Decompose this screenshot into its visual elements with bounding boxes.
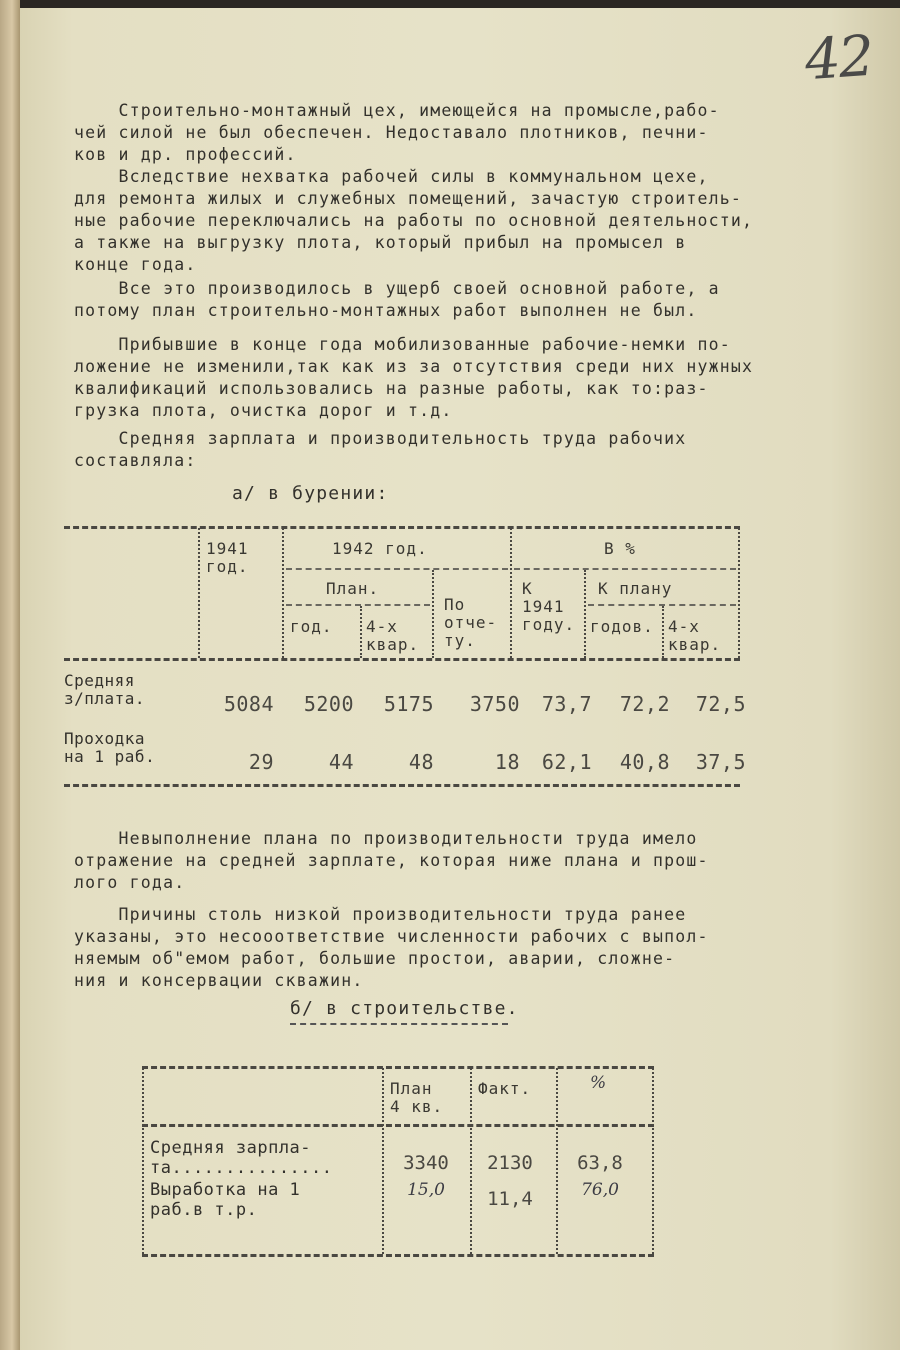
paragraph-construction-shop: Строительно-монтажный цех, имеющейся на …	[74, 100, 753, 276]
header-report: По отче- ту.	[444, 596, 497, 650]
table-cell: 29	[194, 750, 274, 774]
paragraph-mobilized-workers: Прибывшие в конце года мобилизованные ра…	[74, 334, 753, 422]
row-label-output-per-worker: Выработка на 1 раб.в т.р.	[150, 1180, 300, 1220]
document-page: 42 Строительно-монтажный цех, имеющейся …	[20, 8, 900, 1350]
header-plan-year: год.	[290, 618, 333, 636]
header-plan-q4: План 4 кв.	[390, 1080, 443, 1116]
table-cell: 48	[354, 750, 434, 774]
header-to-1941: К 1941 году.	[522, 580, 575, 634]
table-cell: 3340	[386, 1152, 466, 1174]
table-cell: 72,5	[666, 692, 746, 716]
row-label-avg-wage: Средняя з/плата.	[64, 672, 145, 708]
row-label-drilling-per-worker: Проходка на 1 раб.	[64, 730, 155, 766]
header-fact: Факт.	[478, 1080, 531, 1098]
table-cell: 11,4	[470, 1188, 550, 1210]
table-cell: 72,2	[590, 692, 670, 716]
header-toplan-year: годов.	[590, 618, 654, 636]
header-1941: 1941 год.	[206, 540, 249, 576]
section-b-heading: б/ в строительстве.	[290, 998, 519, 1020]
binder-spine	[0, 0, 20, 1350]
table-cell: 2130	[470, 1152, 550, 1174]
table-cell: 62,1	[512, 750, 592, 774]
heading-underline	[290, 1023, 508, 1025]
header-plan-q4: 4-х квар.	[366, 618, 419, 654]
table-cell: 40,8	[590, 750, 670, 774]
table-cell: 18	[440, 750, 520, 774]
header-pct: В %	[604, 540, 636, 558]
paragraph-plan-failure: Невыполнение плана по производительности…	[74, 828, 709, 894]
table-cell: 5084	[194, 692, 274, 716]
construction-table: План 4 кв. Факт. % Средняя зарпла- та...…	[142, 1066, 654, 1256]
table-cell: 15,0	[386, 1180, 466, 1200]
table-cell: 5175	[354, 692, 434, 716]
section-a-heading: а/ в бурении:	[232, 483, 388, 505]
header-to-plan: К плану	[598, 580, 672, 598]
paragraph-wage-intro: Средняя зарплата и производительность тр…	[74, 428, 686, 472]
header-percent: %	[590, 1074, 607, 1092]
header-plan: План.	[326, 580, 379, 598]
paragraph-damage: Все это производилось в ущерб своей осно…	[74, 278, 720, 322]
table-cell: 37,5	[666, 750, 746, 774]
table-cell: 5200	[274, 692, 354, 716]
table-cell: 3750	[440, 692, 520, 716]
table-cell: 63,8	[560, 1152, 640, 1174]
table-cell: 73,7	[512, 692, 592, 716]
drilling-table: 1941 год. 1942 год. В % План. По отче- т…	[64, 526, 740, 788]
header-toplan-q4: 4-х квар.	[668, 618, 721, 654]
table-cell: 44	[274, 750, 354, 774]
page-number: 42	[803, 24, 875, 94]
paragraph-causes: Причины столь низкой производительности …	[74, 904, 709, 992]
table-cell: 76,0	[560, 1180, 640, 1200]
row-label-avg-wage: Средняя зарпла- та...............	[150, 1138, 333, 1178]
header-1942: 1942 год.	[332, 540, 428, 558]
